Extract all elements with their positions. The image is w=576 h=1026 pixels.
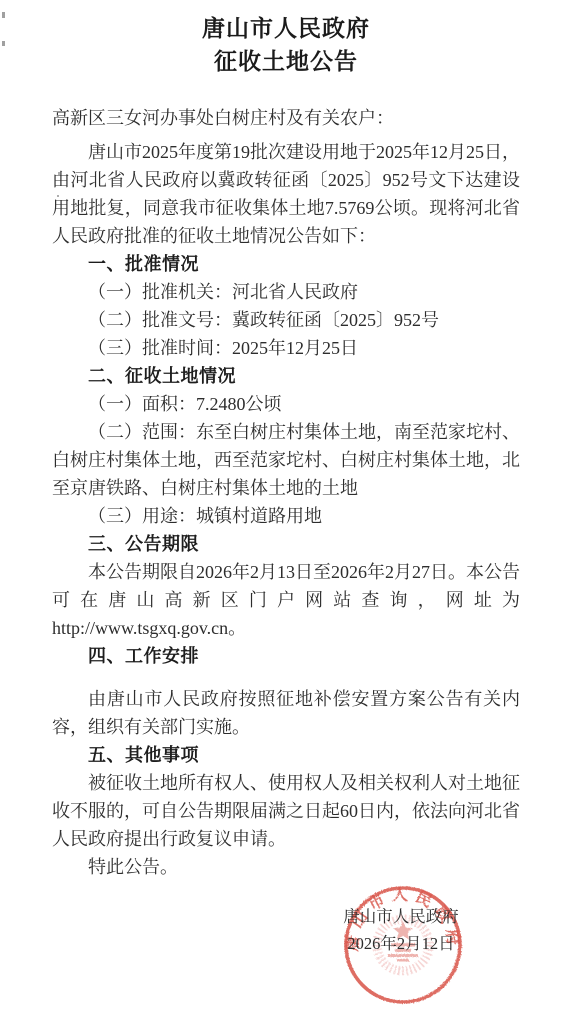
section-approval-info: 一、批准情况 （一）批准机关：河北省人民政府 （二）批准文号：冀政转征函〔202…: [52, 250, 520, 362]
signature-date: 2026年2月12日: [291, 930, 511, 957]
paragraph: （二）批准文号：冀政转征函〔2025〕952号: [52, 306, 520, 334]
announcement-document: 唐山市人民政府 征收土地公告 高新区三女河办事处白树庄村及有关农户： 唐山市20…: [0, 0, 576, 1026]
section-heading: 四、工作安排: [52, 642, 520, 670]
section-work-arrangement: 四、工作安排 由唐山市人民政府按照征地补偿安置方案公告有关内容，组织有关部门实施…: [52, 642, 520, 741]
title-line-1: 唐山市人民政府: [52, 12, 520, 45]
title-line-2: 征收土地公告: [52, 45, 520, 78]
document-body: 唐山市人民政府 征收土地公告 高新区三女河办事处白树庄村及有关农户： 唐山市20…: [52, 0, 520, 881]
paragraph: 被征收土地所有权人、使用权人及相关权利人对土地征收不服的，可自公告期限届满之日起…: [52, 769, 520, 853]
paragraph: （一）批准机关：河北省人民政府: [52, 278, 520, 306]
paragraph: （三）批准时间：2025年12月25日: [52, 334, 520, 362]
paragraph: 本公告期限自2026年2月13日至2026年2月27日。本公告可在唐山高新区门户…: [52, 558, 520, 642]
scan-artifact: [58, 172, 60, 175]
scan-artifact: [2, 12, 5, 18]
section-heading: 三、公告期限: [52, 530, 520, 558]
section-announcement-period: 三、公告期限 本公告期限自2026年2月13日至2026年2月27日。本公告可在…: [52, 530, 520, 642]
section-heading: 一、批准情况: [52, 250, 520, 278]
paragraph: 由唐山市人民政府按照征地补偿安置方案公告有关内容，组织有关部门实施。: [52, 685, 520, 741]
document-title: 唐山市人民政府 征收土地公告: [52, 12, 520, 78]
scan-artifact: [2, 41, 5, 46]
section-heading: 二、征收土地情况: [52, 362, 520, 390]
signature-issuer: 唐山市人民政府: [291, 903, 511, 930]
section-heading: 五、其他事项: [52, 741, 520, 769]
scan-artifact: [57, 115, 59, 118]
salutation: 高新区三女河办事处白树庄村及有关农户：: [52, 104, 520, 132]
paragraph: （二）范围：东至白树庄村集体土地，南至范家坨村、白树庄村集体土地，西至范家坨村、…: [52, 418, 520, 502]
section-land-info: 二、征收土地情况 （一）面积：7.2480公顷 （二）范围：东至白树庄村集体土地…: [52, 362, 520, 530]
closing-line: 特此公告。: [52, 853, 520, 881]
intro-paragraph: 唐山市2025年度第19批次建设用地于2025年12月25日，由河北省人民政府以…: [52, 138, 520, 250]
paragraph: （三）用途：城镇村道路用地: [52, 502, 520, 530]
signature-block: 唐山市人民政府 2026年2月12日: [291, 903, 511, 957]
scan-artifact: [57, 195, 59, 197]
paragraph: （一）面积：7.2480公顷: [52, 390, 520, 418]
section-other-matters: 五、其他事项 被征收土地所有权人、使用权人及相关权利人对土地征收不服的，可自公告…: [52, 741, 520, 881]
